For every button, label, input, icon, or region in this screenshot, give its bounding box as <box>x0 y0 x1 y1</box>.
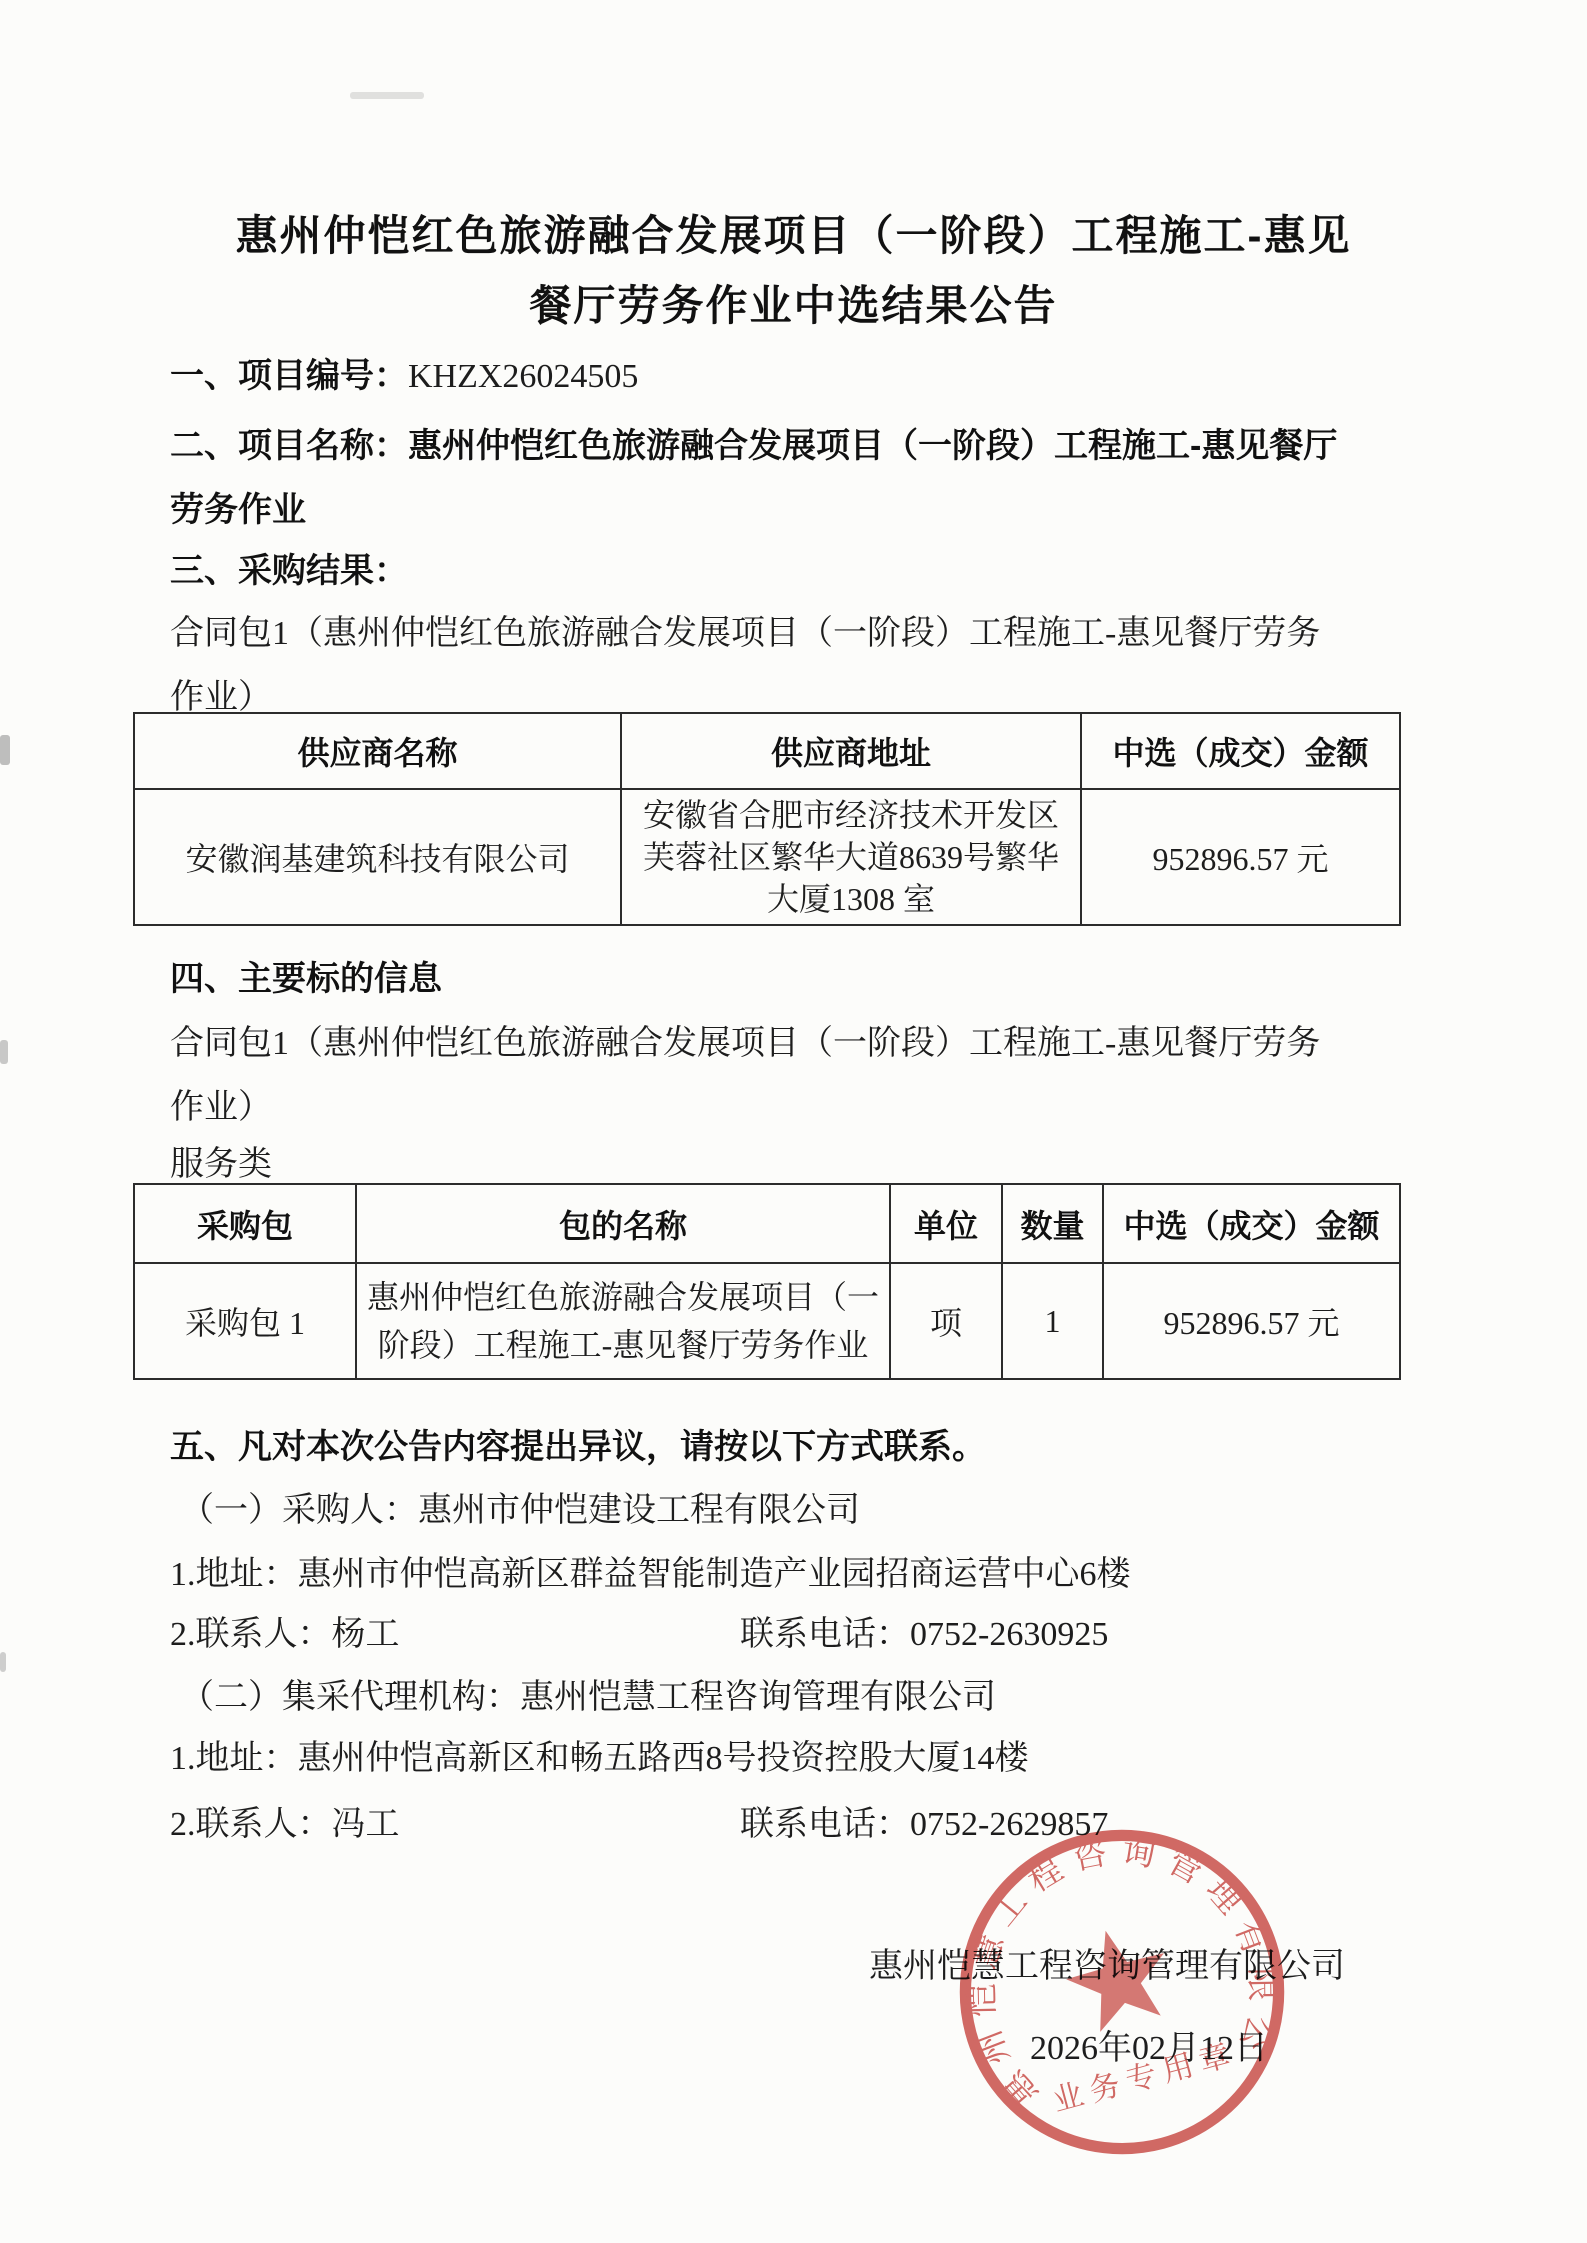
col-supplier-name: 供应商名称 <box>134 713 621 789</box>
buyer-label: （一）采购人： <box>180 1492 418 1529</box>
buyer-name: 惠州市仲恺建设工程有限公司 <box>418 1492 860 1529</box>
scan-artifact <box>350 92 424 99</box>
section-objection-label: 五、凡对本次公告内容提出异议，请按以下方式联系。 <box>170 1419 986 1468</box>
section-subject-info-label: 四、主要标的信息 <box>170 951 442 1000</box>
agency-phone: 联系电话：0752-2629857 <box>740 1796 1108 1845</box>
package-detail-table: 采购包 包的名称 单位 数量 中选（成交）金额 采购包 1 惠州仲恺红色旅游融合… <box>133 1183 1401 1380</box>
table-header-row: 采购包 包的名称 单位 数量 中选（成交）金额 <box>134 1184 1400 1263</box>
col-award-amount: 中选（成交）金额 <box>1081 713 1400 789</box>
agency-contact-person: 2.联系人：冯工 <box>170 1806 400 1843</box>
col-quantity: 数量 <box>1002 1184 1103 1263</box>
buyer-line: （一）采购人：惠州市仲恺建设工程有限公司 <box>180 1482 860 1531</box>
agency-address-line: 1.地址：惠州仲恺高新区和畅五路西8号投资控股大厦14楼 <box>170 1730 1029 1779</box>
award-amount-cell: 952896.57 元 <box>1103 1263 1400 1379</box>
contract-package-text-2: 合同包1（惠州仲恺红色旅游融合发展项目（一阶段）工程施工-惠见餐厅劳务作业） <box>170 1012 1350 1140</box>
project-number-label: 一、项目编号： <box>170 357 408 395</box>
col-package-name: 包的名称 <box>356 1184 890 1263</box>
col-supplier-address: 供应商地址 <box>621 713 1081 789</box>
project-number-value: KHZX26024505 <box>408 358 638 395</box>
page-title-line1: 惠州仲恺红色旅游融合发展项目（一阶段）工程施工-惠见 <box>0 203 1587 263</box>
award-amount-cell: 952896.57 元 <box>1081 789 1400 925</box>
seal-ring <box>930 1800 1314 2184</box>
buyer-phone: 联系电话：0752-2630925 <box>740 1606 1108 1655</box>
scan-artifact <box>0 1040 8 1064</box>
package-name-cell: 惠州仲恺红色旅游融合发展项目（一阶段）工程施工-惠见餐厅劳务作业 <box>356 1263 890 1379</box>
package-cell: 采购包 1 <box>134 1263 356 1379</box>
document-page: 惠州仲恺红色旅游融合发展项目（一阶段）工程施工-惠见 餐厅劳务作业中选结果公告 … <box>0 0 1587 2243</box>
scan-artifact <box>0 735 10 765</box>
page-title-line2: 餐厅劳务作业中选结果公告 <box>0 273 1587 333</box>
table-header-row: 供应商名称 供应商地址 中选（成交）金额 <box>134 713 1400 789</box>
supplier-result-table: 供应商名称 供应商地址 中选（成交）金额 安徽润基建筑科技有限公司 安徽省合肥市… <box>133 712 1401 926</box>
supplier-address-cell: 安徽省合肥市经济技术开发区芙蓉社区繁华大道8639号繁华大厦1308 室 <box>621 789 1081 925</box>
signature-company: 惠州恺慧工程咨询管理有限公司 <box>869 1938 1345 1987</box>
contract-package-text-1: 合同包1（惠州仲恺红色旅游融合发展项目（一阶段）工程施工-惠见餐厅劳务作业） <box>170 602 1350 730</box>
section-project-name: 二、项目名称：惠州仲恺红色旅游融合发展项目（一阶段）工程施工-惠见餐厅劳务作业 <box>170 414 1350 542</box>
agency-name: 惠州恺慧工程咨询管理有限公司 <box>520 1679 996 1716</box>
unit-cell: 项 <box>890 1263 1002 1379</box>
scan-artifact <box>0 1652 6 1672</box>
table-row: 采购包 1 惠州仲恺红色旅游融合发展项目（一阶段）工程施工-惠见餐厅劳务作业 项… <box>134 1263 1400 1379</box>
section-procurement-result-label: 三、采购结果： <box>170 543 408 592</box>
col-award-amount: 中选（成交）金额 <box>1103 1184 1400 1263</box>
agency-contact-line: 2.联系人：冯工 联系电话：0752-2629857 <box>170 1796 400 1845</box>
buyer-contact-line: 2.联系人：杨工 联系电话：0752-2630925 <box>170 1606 400 1655</box>
col-package: 采购包 <box>134 1184 356 1263</box>
buyer-contact-person: 2.联系人：杨工 <box>170 1616 400 1653</box>
agency-label: （二）集采代理机构： <box>180 1679 520 1716</box>
quantity-cell: 1 <box>1002 1263 1103 1379</box>
table-row: 安徽润基建筑科技有限公司 安徽省合肥市经济技术开发区芙蓉社区繁华大道8639号繁… <box>134 789 1400 925</box>
signature-date: 2026年02月12日 <box>1030 2020 1268 2069</box>
section-project-number: 一、项目编号：KHZX26024505 <box>170 348 638 397</box>
supplier-name-cell: 安徽润基建筑科技有限公司 <box>134 789 621 925</box>
col-unit: 单位 <box>890 1184 1002 1263</box>
agency-line: （二）集采代理机构：惠州恺慧工程咨询管理有限公司 <box>180 1669 996 1718</box>
service-category-text: 服务类 <box>170 1136 272 1185</box>
buyer-address-line: 1.地址：惠州市仲恺高新区群益智能制造产业园招商运营中心6楼 <box>170 1546 1131 1595</box>
